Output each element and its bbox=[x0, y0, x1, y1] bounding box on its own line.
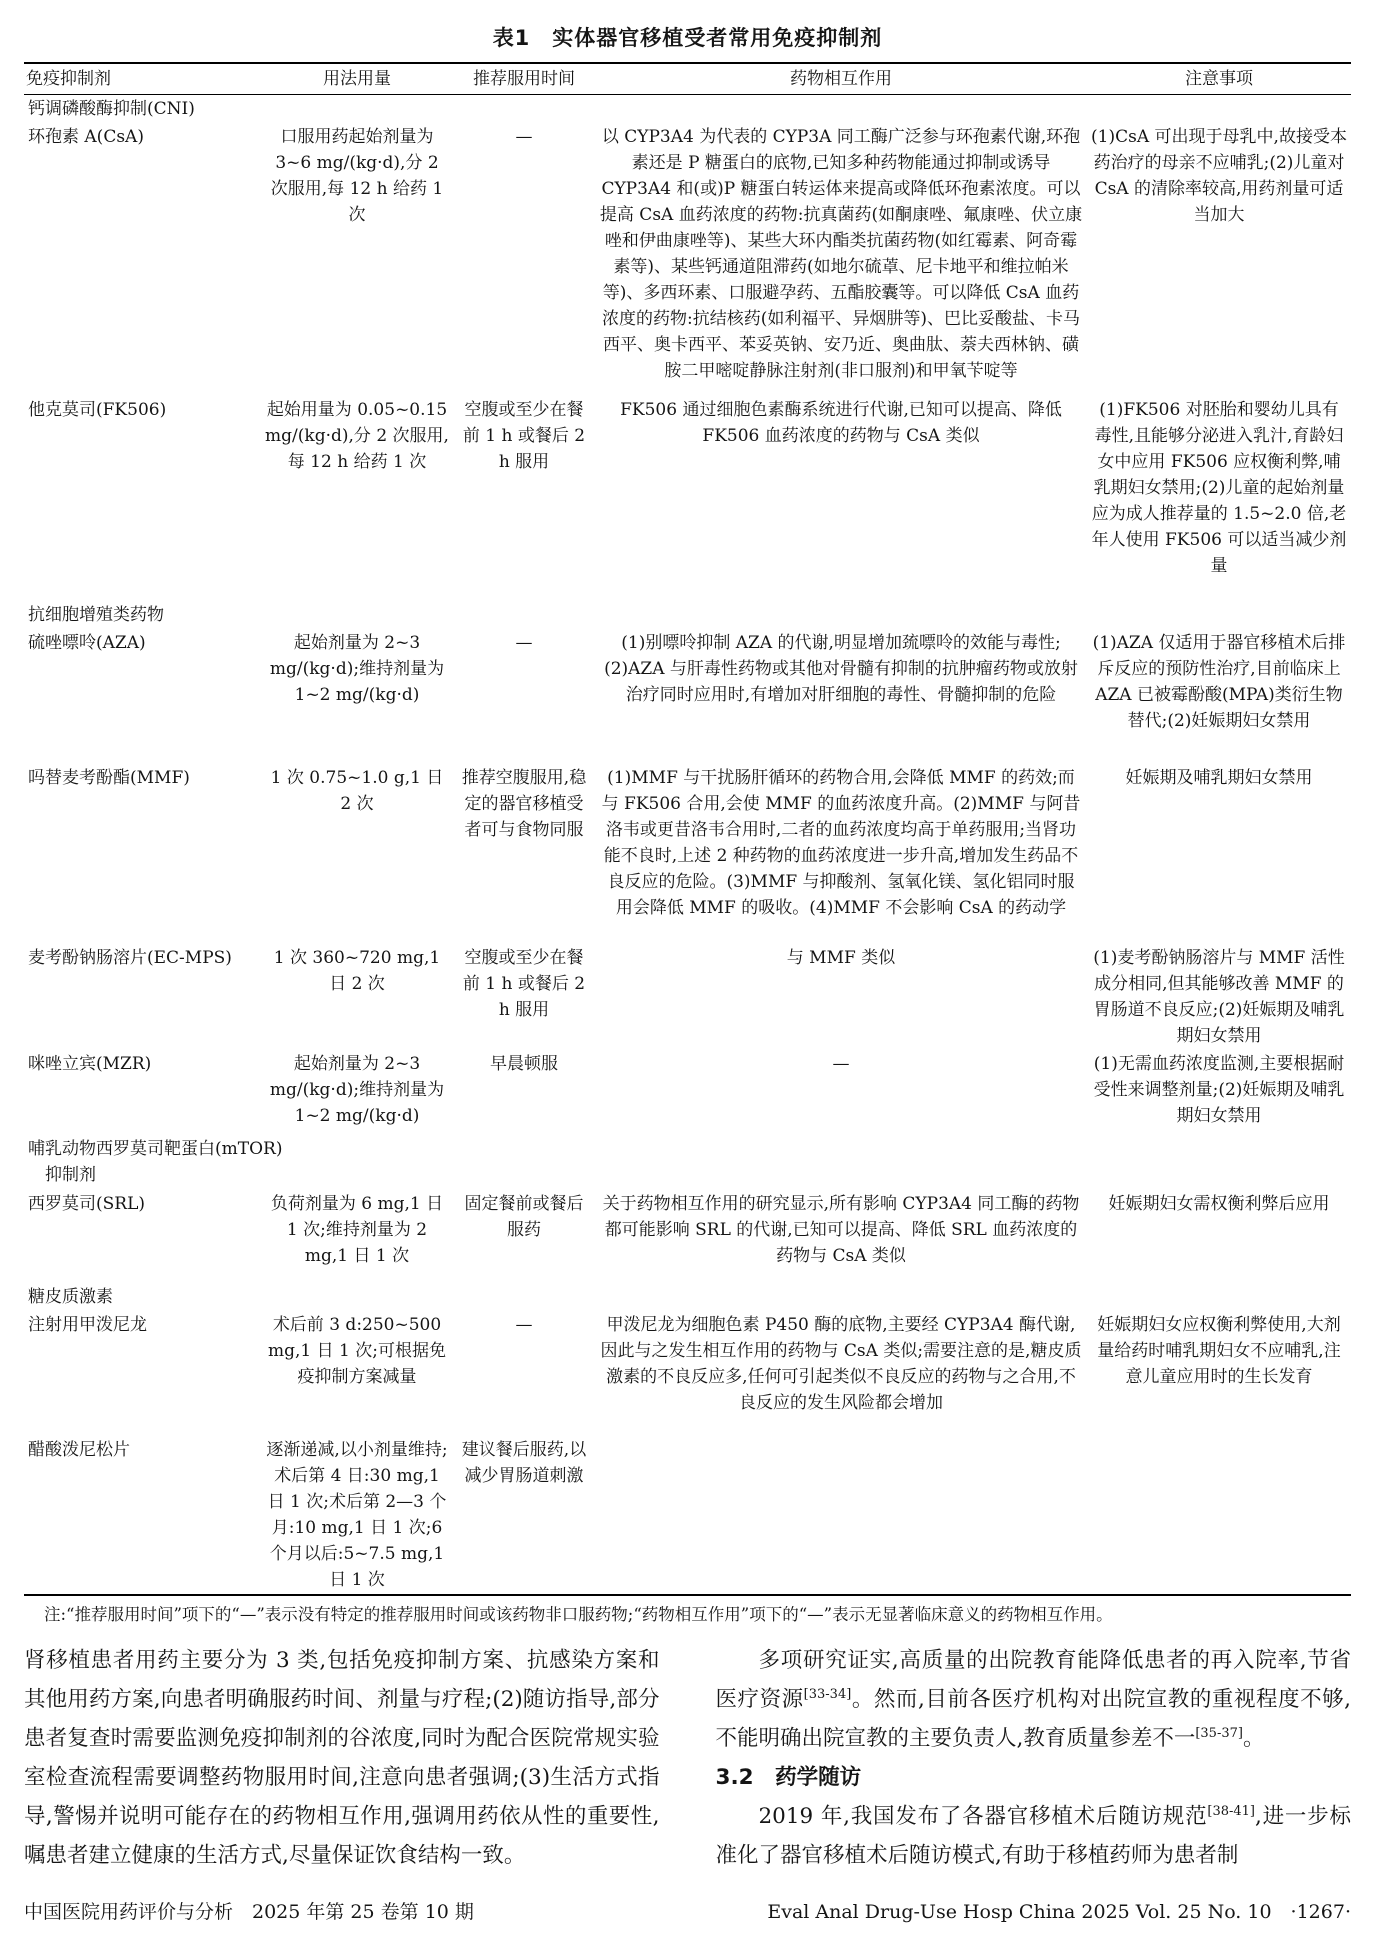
group-label: 糖皮质激素 bbox=[24, 1283, 1351, 1311]
drug-name-cell: 他克莫司(FK506) bbox=[24, 396, 261, 601]
page-footer: 中国医院用药评价与分析 2025 年第 25 卷第 10 期 Eval Anal… bbox=[24, 1897, 1351, 1924]
precautions-cell: (1)麦考酚钠肠溶片与 MMF 活性成分相同,但其能够改善 MMF 的胃肠道不良… bbox=[1087, 944, 1351, 1050]
interactions-cell: 甲泼尼龙为细胞色素 P450 酶的底物,主要经 CYP3A4 酶代谢,因此与之发… bbox=[595, 1311, 1087, 1595]
text-run: 。 bbox=[1243, 1726, 1265, 1751]
interactions-cell: 以 CYP3A4 为代表的 CYP3A 同工酶广泛参与环孢素代谢,环孢素还是 P… bbox=[595, 123, 1087, 396]
dosage-cell: 负荷剂量为 6 mg,1 日 1 次;维持剂量为 2 mg,1 日 1 次 bbox=[261, 1190, 453, 1283]
body-text: 肾移植患者用药主要分为 3 类,包括免疫抑制方案、抗感染方案和其他用药方案,向患… bbox=[24, 1641, 1351, 1875]
timing-cell: — bbox=[453, 629, 595, 764]
drug-name-cell: 醋酸泼尼松片 bbox=[24, 1436, 261, 1595]
precautions-cell: (1)无需血药浓度监测,主要根据耐受性来调整剂量;(2)妊娠期及哺乳期妇女禁用 bbox=[1087, 1050, 1351, 1135]
column-header-immunosuppressant: 免疫抑制剂 bbox=[24, 63, 261, 95]
paragraph: 肾移植患者用药主要分为 3 类,包括免疫抑制方案、抗感染方案和其他用药方案,向患… bbox=[24, 1641, 660, 1875]
interactions-cell: — bbox=[595, 1050, 1087, 1135]
column-header-precautions: 注意事项 bbox=[1087, 63, 1351, 95]
table-row: 硫唑嘌呤(AZA) 起始剂量为 2~3 mg/(kg·d);维持剂量为 1~2 … bbox=[24, 629, 1351, 764]
column-header-timing: 推荐服用时间 bbox=[453, 63, 595, 95]
drug-name-cell: 西罗莫司(SRL) bbox=[24, 1190, 261, 1283]
timing-cell: 空腹或至少在餐前 1 h 或餐后 2 h 服用 bbox=[453, 944, 595, 1050]
journal-name-en: Eval Anal Drug-Use Hosp China 2025 Vol. … bbox=[767, 1897, 1351, 1924]
text-run: 2019 年,我国发布了各器官移植术后随访规范 bbox=[759, 1804, 1208, 1829]
timing-cell: 早晨顿服 bbox=[453, 1050, 595, 1135]
paragraph: 多项研究证实,高质量的出院教育能降低患者的再入院率,节省医疗资源[33-34]。… bbox=[716, 1641, 1352, 1758]
timing-cell: — bbox=[453, 1311, 595, 1436]
precautions-cell: (1)AZA 仅适用于器官移植术后排斥反应的预防性治疗,目前临床上 AZA 已被… bbox=[1087, 629, 1351, 764]
interactions-cell: (1)别嘌呤抑制 AZA 的代谢,明显增加巯嘌呤的效能与毒性;(2)AZA 与肝… bbox=[595, 629, 1087, 764]
timing-cell: 建议餐后服药,以减少胃肠道刺激 bbox=[453, 1436, 595, 1595]
group-label: 抗细胞增殖类药物 bbox=[24, 601, 1351, 629]
dosage-cell: 起始用量为 0.05~0.15 mg/(kg·d),分 2 次服用,每 12 h… bbox=[261, 396, 453, 601]
table-group-row: 哺乳动物西罗莫司靶蛋白(mTOR) 抑制剂 bbox=[24, 1135, 1351, 1190]
group-label: 哺乳动物西罗莫司靶蛋白(mTOR) 抑制剂 bbox=[24, 1135, 1351, 1190]
table-group-row: 钙调磷酸酶抑制(CNI) bbox=[24, 95, 1351, 124]
dosage-cell: 1 次 0.75~1.0 g,1 日 2 次 bbox=[261, 764, 453, 944]
reference-superscript: [33-34] bbox=[804, 1687, 852, 1702]
drug-name-cell: 咪唑立宾(MZR) bbox=[24, 1050, 261, 1135]
journal-name-cn: 中国医院用药评价与分析 2025 年第 25 卷第 10 期 bbox=[24, 1897, 474, 1924]
table-group-row: 抗细胞增殖类药物 bbox=[24, 601, 1351, 629]
timing-cell: 推荐空腹服用,稳定的器官移植受者可与食物同服 bbox=[453, 764, 595, 944]
precautions-cell: 妊娠期妇女应权衡利弊使用,大剂量给药时哺乳期妇女不应哺乳,注意儿童应用时的生长发… bbox=[1087, 1311, 1351, 1595]
dosage-cell: 起始剂量为 2~3 mg/(kg·d);维持剂量为 1~2 mg/(kg·d) bbox=[261, 1050, 453, 1135]
paragraph: 2019 年,我国发布了各器官移植术后随访规范[38-41],进一步标准化了器官… bbox=[716, 1797, 1352, 1875]
table-row: 西罗莫司(SRL) 负荷剂量为 6 mg,1 日 1 次;维持剂量为 2 mg,… bbox=[24, 1190, 1351, 1283]
table-row: 咪唑立宾(MZR) 起始剂量为 2~3 mg/(kg·d);维持剂量为 1~2 … bbox=[24, 1050, 1351, 1135]
dosage-cell: 术后前 3 d:250~500 mg,1 日 1 次;可根据免疫抑制方案减量 bbox=[261, 1311, 453, 1436]
table-note: 注:“推荐服用时间”项下的“—”表示没有特定的推荐服用时间或该药物非口服药物;“… bbox=[24, 1603, 1351, 1627]
precautions-cell: 妊娠期及哺乳期妇女禁用 bbox=[1087, 764, 1351, 944]
table-row: 环孢素 A(CsA) 口服用药起始剂量为 3~6 mg/(kg·d),分 2 次… bbox=[24, 123, 1351, 396]
table-row: 吗替麦考酚酯(MMF) 1 次 0.75~1.0 g,1 日 2 次 推荐空腹服… bbox=[24, 764, 1351, 944]
table-row: 麦考酚钠肠溶片(EC-MPS) 1 次 360~720 mg,1 日 2 次 空… bbox=[24, 944, 1351, 1050]
column-header-dosage: 用法用量 bbox=[261, 63, 453, 95]
timing-cell: 固定餐前或餐后服药 bbox=[453, 1190, 595, 1283]
table-group-row: 糖皮质激素 bbox=[24, 1283, 1351, 1311]
precautions-cell: 妊娠期妇女需权衡利弊后应用 bbox=[1087, 1190, 1351, 1283]
drug-name-cell: 麦考酚钠肠溶片(EC-MPS) bbox=[24, 944, 261, 1050]
drug-name-cell: 注射用甲泼尼龙 bbox=[24, 1311, 261, 1436]
precautions-cell: (1)CsA 可出现于母乳中,故接受本药治疗的母亲不应哺乳;(2)儿童对 CsA… bbox=[1087, 123, 1351, 396]
timing-cell: 空腹或至少在餐前 1 h 或餐后 2 h 服用 bbox=[453, 396, 595, 601]
interactions-cell: 关于药物相互作用的研究显示,所有影响 CYP3A4 同工酶的药物都可能影响 SR… bbox=[595, 1190, 1087, 1283]
table-row: 他克莫司(FK506) 起始用量为 0.05~0.15 mg/(kg·d),分 … bbox=[24, 396, 1351, 601]
interactions-cell: (1)MMF 与干扰肠肝循环的药物合用,会降低 MMF 的药效;而与 FK506… bbox=[595, 764, 1087, 944]
reference-superscript: [35-37] bbox=[1195, 1726, 1243, 1741]
drug-name-cell: 硫唑嘌呤(AZA) bbox=[24, 629, 261, 764]
body-right-column: 多项研究证实,高质量的出院教育能降低患者的再入院率,节省医疗资源[33-34]。… bbox=[716, 1641, 1352, 1875]
immunosuppressant-table: 免疫抑制剂 用法用量 推荐服用时间 药物相互作用 注意事项 钙调磷酸酶抑制(CN… bbox=[24, 62, 1351, 1596]
section-heading: 3.2 药学随访 bbox=[716, 1758, 1352, 1797]
group-label: 钙调磷酸酶抑制(CNI) bbox=[24, 95, 1351, 124]
dosage-cell: 逐渐递减,以小剂量维持;术后第 4 日:30 mg,1 日 1 次;术后第 2—… bbox=[261, 1436, 453, 1595]
column-header-interactions: 药物相互作用 bbox=[595, 63, 1087, 95]
table-header-row: 免疫抑制剂 用法用量 推荐服用时间 药物相互作用 注意事项 bbox=[24, 63, 1351, 95]
interactions-cell: FK506 通过细胞色素酶系统进行代谢,已知可以提高、降低 FK506 血药浓度… bbox=[595, 396, 1087, 601]
body-left-column: 肾移植患者用药主要分为 3 类,包括免疫抑制方案、抗感染方案和其他用药方案,向患… bbox=[24, 1641, 660, 1875]
interactions-cell: 与 MMF 类似 bbox=[595, 944, 1087, 1050]
timing-cell: — bbox=[453, 123, 595, 396]
journal-page: 表1 实体器官移植受者常用免疫抑制剂 免疫抑制剂 用法用量 推荐服用时间 药物相… bbox=[0, 0, 1375, 1940]
reference-superscript: [38-41] bbox=[1207, 1804, 1255, 1819]
dosage-cell: 口服用药起始剂量为 3~6 mg/(kg·d),分 2 次服用,每 12 h 给… bbox=[261, 123, 453, 396]
dosage-cell: 1 次 360~720 mg,1 日 2 次 bbox=[261, 944, 453, 1050]
table-title: 表1 实体器官移植受者常用免疫抑制剂 bbox=[24, 22, 1351, 52]
drug-name-cell: 环孢素 A(CsA) bbox=[24, 123, 261, 396]
drug-name-cell: 吗替麦考酚酯(MMF) bbox=[24, 764, 261, 944]
precautions-cell: (1)FK506 对胚胎和婴幼儿具有毒性,且能够分泌进入乳汁,育龄妇女中应用 F… bbox=[1087, 396, 1351, 601]
dosage-cell: 起始剂量为 2~3 mg/(kg·d);维持剂量为 1~2 mg/(kg·d) bbox=[261, 629, 453, 764]
table-row: 注射用甲泼尼龙 术后前 3 d:250~500 mg,1 日 1 次;可根据免疫… bbox=[24, 1311, 1351, 1436]
